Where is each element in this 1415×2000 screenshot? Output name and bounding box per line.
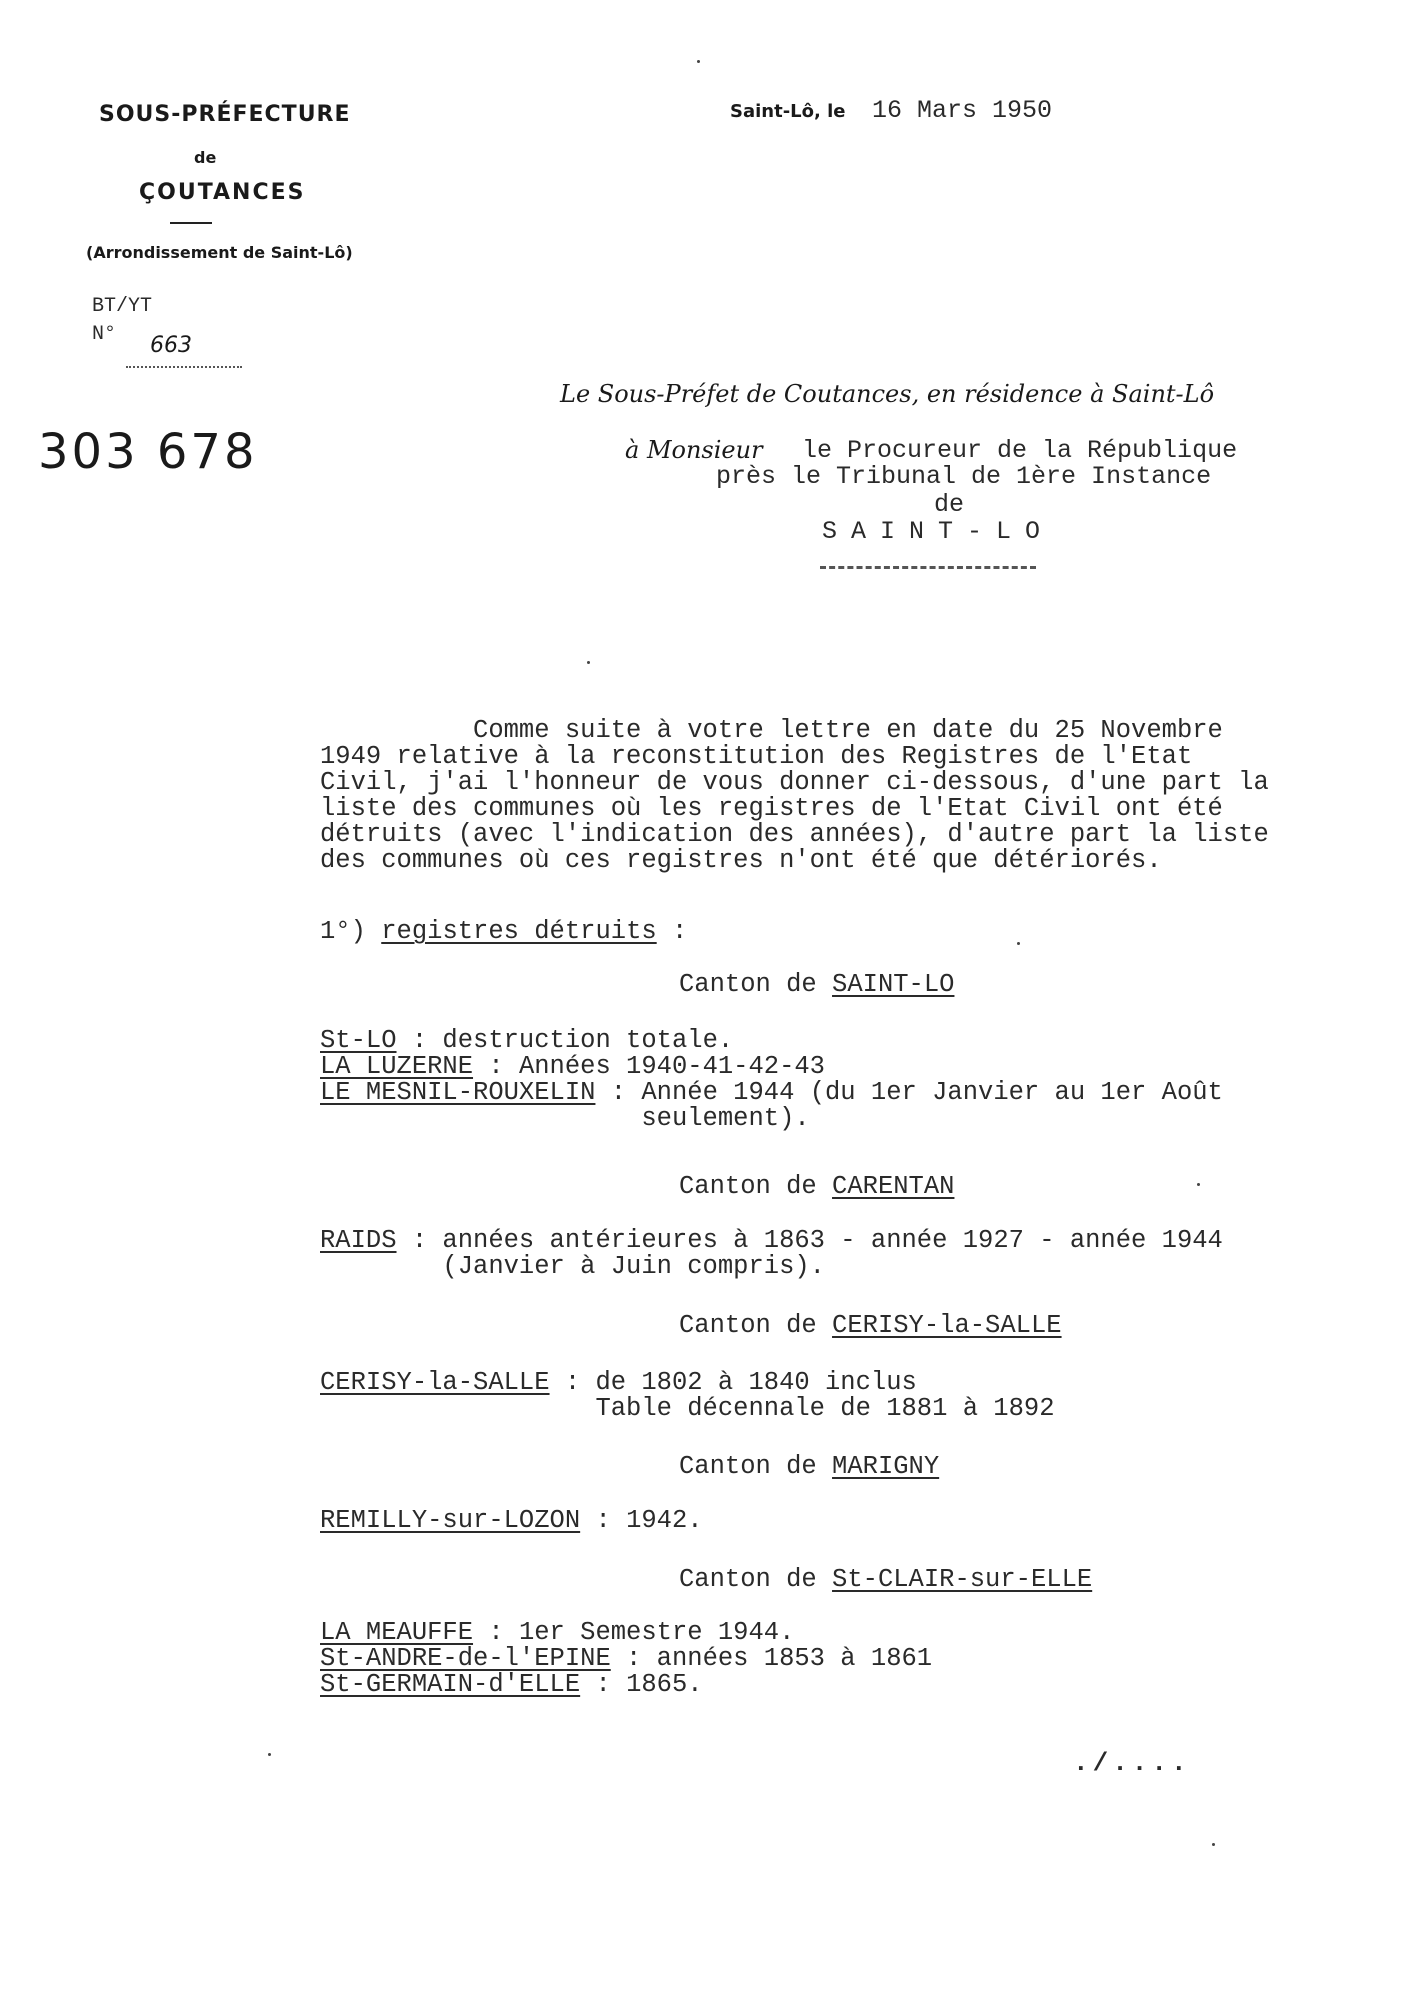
commune-name: St-ANDRE-de-l'EPINE xyxy=(320,1644,611,1673)
section-title: registres détruits xyxy=(381,917,656,946)
reference-number-underline xyxy=(126,366,242,369)
commune-entries: REMILLY-sur-LOZON : 1942. xyxy=(320,1508,703,1534)
archive-number: 303 678 xyxy=(38,424,258,480)
commune-entry: RAIDS : années antérieures à 1863 - anné… xyxy=(320,1228,1223,1254)
scan-speck xyxy=(1197,1183,1200,1186)
canton-prefix: Canton de xyxy=(679,1565,832,1594)
commune-detail-continuation: seulement). xyxy=(320,1106,1223,1132)
commune-entry: St-ANDRE-de-l'EPINE : années 1853 à 1861 xyxy=(320,1646,932,1672)
commune-detail: : destruction totale. xyxy=(397,1026,734,1055)
commune-detail: : Année 1944 (du 1er Janvier au 1er Août xyxy=(595,1078,1222,1107)
dateline-date: 16 Mars 1950 xyxy=(872,96,1052,125)
canton-prefix: Canton de xyxy=(679,1452,832,1481)
commune-name: LE MESNIL-ROUXELIN xyxy=(320,1078,595,1107)
commune-name: St-LO xyxy=(320,1026,397,1055)
canton-heading: Canton de SAINT-LO xyxy=(679,970,954,999)
commune-detail: : Années 1940-41-42-43 xyxy=(473,1052,825,1081)
commune-entries: RAIDS : années antérieures à 1863 - anné… xyxy=(320,1228,1223,1280)
canton-name: MARIGNY xyxy=(832,1452,939,1481)
section-heading: 1°) registres détruits : xyxy=(320,917,687,946)
letterhead-office: SOUS-PRÉFECTURE xyxy=(99,102,351,127)
canton-heading: Canton de St-CLAIR-sur-ELLE xyxy=(679,1565,1092,1594)
canton-name: St-CLAIR-sur-ELLE xyxy=(832,1565,1092,1594)
scan-speck xyxy=(587,661,590,664)
commune-name: LA LUZERNE xyxy=(320,1052,473,1081)
canton-prefix: Canton de xyxy=(679,1311,832,1340)
canton-prefix: Canton de xyxy=(679,970,832,999)
section-number: 1°) xyxy=(320,917,366,946)
recipient-line-1: le Procureur de la République xyxy=(802,436,1237,465)
commune-detail-continuation: Table décennale de 1881 à 1892 xyxy=(320,1396,1055,1422)
scan-speck xyxy=(1212,1843,1215,1846)
canton-heading: Canton de CARENTAN xyxy=(679,1172,954,1201)
commune-entry: St-GERMAIN-d'ELLE : 1865. xyxy=(320,1672,932,1698)
commune-detail: : de 1802 à 1840 inclus xyxy=(550,1368,917,1397)
letterhead-city: ÇOUTANCES xyxy=(139,180,305,205)
canton-heading: Canton de MARIGNY xyxy=(679,1452,939,1481)
reference-code: BT/YT xyxy=(92,295,152,318)
letterhead-divider xyxy=(170,222,212,224)
recipient-prefix: à Monsieur xyxy=(625,436,763,464)
commune-name: St-GERMAIN-d'ELLE xyxy=(320,1670,580,1699)
canton-name: CERISY-la-SALLE xyxy=(832,1311,1062,1340)
scan-speck xyxy=(1017,942,1020,945)
recipient-separator xyxy=(820,566,1036,569)
commune-entry: REMILLY-sur-LOZON : 1942. xyxy=(320,1508,703,1534)
scan-speck xyxy=(697,60,700,63)
commune-entries: LA MEAUFFE : 1er Semestre 1944.St-ANDRE-… xyxy=(320,1620,932,1698)
commune-detail: : 1865. xyxy=(580,1670,702,1699)
body-paragraph: Comme suite à votre lettre en date du 25… xyxy=(320,718,1269,874)
commune-detail-continuation: (Janvier à Juin compris). xyxy=(320,1254,1223,1280)
letterhead-arrondissement: (Arrondissement de Saint-Lô) xyxy=(86,243,353,262)
commune-entry: LE MESNIL-ROUXELIN : Année 1944 (du 1er … xyxy=(320,1080,1223,1106)
scan-speck xyxy=(268,1753,271,1756)
commune-detail: : années antérieures à 1863 - année 1927… xyxy=(397,1226,1223,1255)
continuation-mark: ./.... xyxy=(1073,1748,1191,1778)
reference-number: 663 xyxy=(150,333,192,358)
canton-prefix: Canton de xyxy=(679,1172,832,1201)
commune-entry: LA LUZERNE : Années 1940-41-42-43 xyxy=(320,1054,1223,1080)
commune-name: LA MEAUFFE xyxy=(320,1618,473,1647)
letterhead-de: de xyxy=(194,148,216,167)
canton-heading: Canton de CERISY-la-SALLE xyxy=(679,1311,1062,1340)
section-suffix: : xyxy=(672,917,687,946)
commune-entry: LA MEAUFFE : 1er Semestre 1944. xyxy=(320,1620,932,1646)
commune-name: CERISY-la-SALLE xyxy=(320,1368,550,1397)
recipient-city: SAINT-LO xyxy=(822,517,1054,546)
commune-detail: : années 1853 à 1861 xyxy=(611,1644,932,1673)
commune-name: REMILLY-sur-LOZON xyxy=(320,1506,580,1535)
commune-detail: : 1942. xyxy=(580,1506,702,1535)
commune-detail: : 1er Semestre 1944. xyxy=(473,1618,794,1647)
sender-line: Le Sous-Préfet de Coutances, en résidenc… xyxy=(560,380,1214,408)
recipient-line-3: de xyxy=(934,490,964,519)
commune-entries: CERISY-la-SALLE : de 1802 à 1840 inclus … xyxy=(320,1370,1055,1422)
recipient-line-2: près le Tribunal de 1ère Instance xyxy=(716,462,1211,491)
commune-entry: CERISY-la-SALLE : de 1802 à 1840 inclus xyxy=(320,1370,1055,1396)
reference-number-label: N° xyxy=(92,323,116,346)
canton-name: SAINT-LO xyxy=(832,970,954,999)
commune-name: RAIDS xyxy=(320,1226,397,1255)
commune-entry: St-LO : destruction totale. xyxy=(320,1028,1223,1054)
canton-name: CARENTAN xyxy=(832,1172,954,1201)
dateline-label: Saint-Lô, le xyxy=(730,101,846,122)
commune-entries: St-LO : destruction totale.LA LUZERNE : … xyxy=(320,1028,1223,1132)
